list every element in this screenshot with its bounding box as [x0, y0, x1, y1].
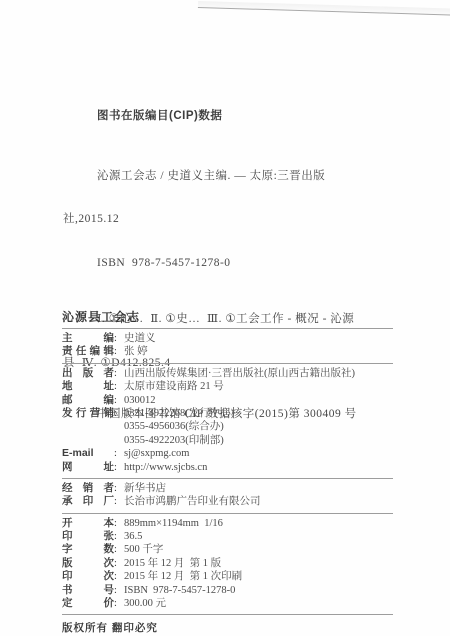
scanned-page: 图书在版编目(CIP)数据 沁源工会志 / 史道义主编. — 太原:三晋出版 社…: [0, 0, 450, 636]
colophon-row: 经销者:新华书店: [62, 482, 393, 495]
colophon-row: 字数:500 千字: [62, 543, 393, 556]
colophon-section: 开本:889mm×1194mm 1/16印张:36.5字数:500 千字版次:2…: [62, 514, 393, 616]
colophon-row: 责任编辑:张 婷: [62, 345, 393, 358]
row-separator: :: [114, 461, 124, 474]
row-separator: :: [114, 482, 124, 495]
row-separator: :: [114, 367, 124, 380]
row-value: 长治市鸿鹏广告印业有限公司: [124, 495, 261, 508]
row-value: 新华书店: [124, 482, 166, 495]
colophon-section: 经销者:新华书店承印厂:长治市鸿鹏广告印业有限公司: [62, 479, 393, 514]
book-title: 沁源县工会志: [62, 308, 393, 329]
colophon-row: 0355-4922203(印制部): [62, 434, 393, 447]
row-value: ISBN 978-7-5457-1278-0: [124, 584, 235, 597]
colophon-sections: 主编:史道义责任编辑:张 婷出版者:山西出版传媒集团·三晋出版社(原山西古籍出版…: [62, 329, 393, 615]
row-separator: :: [114, 407, 124, 420]
colophon-row: 印次:2015 年 12 月 第 1 次印刷: [62, 570, 393, 583]
row-separator: :: [114, 517, 124, 530]
colophon-row: 印张:36.5: [62, 530, 393, 543]
row-separator: :: [114, 447, 124, 460]
page-edge-artifact: [198, 1, 450, 16]
row-label: 字数: [62, 543, 114, 556]
row-label: 承印厂: [62, 495, 114, 508]
row-value: http://www.sjcbs.cn: [124, 461, 207, 474]
row-value: sj@sxpmg.com: [124, 447, 189, 460]
row-label: 地址: [62, 380, 114, 393]
row-value: 0355-4956036(综合办): [124, 420, 224, 433]
row-value: 2015 年 12 月 第 1 次印刷: [124, 570, 242, 583]
cip-isbn-line: ISBN 978-7-5457-1278-0: [63, 256, 393, 271]
row-label: E-mail: [62, 447, 114, 460]
colophon-row: 地址:太原市建设南路 21 号: [62, 380, 393, 393]
row-label: 版次: [62, 557, 114, 570]
cip-heading: 图书在版编目(CIP)数据: [63, 109, 393, 124]
row-label: 责任编辑: [62, 345, 114, 358]
colophon-row: 邮编:030012: [62, 394, 393, 407]
row-separator: :: [114, 530, 124, 543]
row-separator: :: [114, 332, 124, 345]
colophon-row: 0355-4956036(综合办): [62, 420, 393, 433]
row-label: 开本: [62, 517, 114, 530]
row-label: 网址: [62, 461, 114, 474]
row-separator: :: [114, 597, 124, 610]
colophon-row: E-mail:sj@sxpmg.com: [62, 447, 393, 460]
colophon-row: 版次:2015 年 12 月 第 1 版: [62, 557, 393, 570]
row-separator: :: [114, 380, 124, 393]
row-label: 主编: [62, 332, 114, 345]
colophon-row: 定价:300.00 元: [62, 597, 393, 610]
colophon-section: 主编:史道义责任编辑:张 婷: [62, 329, 393, 364]
cip-title-line: 沁源工会志 / 史道义主编. — 太原:三晋出版: [63, 169, 393, 184]
colophon-row: 承印厂:长治市鸿鹏广告印业有限公司: [62, 495, 393, 508]
row-label: 出版者: [62, 367, 114, 380]
row-label: 书号: [62, 584, 114, 597]
colophon-section: 出版者:山西出版传媒集团·三晋出版社(原山西古籍出版社)地址:太原市建设南路 2…: [62, 364, 393, 479]
cip-title-line-wrap: 社,2015.12: [63, 212, 393, 227]
row-value: 36.5: [124, 530, 142, 543]
colophon-row: 发行营销:0351-4922268(发行中心): [62, 407, 393, 420]
row-separator: :: [114, 394, 124, 407]
row-value: 史道义: [124, 332, 156, 345]
row-value: 山西出版传媒集团·三晋出版社(原山西古籍出版社): [124, 367, 355, 380]
row-label: 发行营销: [62, 407, 114, 420]
row-value: 300.00 元: [124, 597, 166, 610]
colophon-row: 开本:889mm×1194mm 1/16: [62, 517, 393, 530]
row-separator: :: [114, 584, 124, 597]
row-value: 2015 年 12 月 第 1 版: [124, 557, 221, 570]
colophon-row: 网址:http://www.sjcbs.cn: [62, 461, 393, 474]
row-value: 张 婷: [124, 345, 148, 358]
row-value: 0351-4922268(发行中心): [124, 407, 234, 420]
colophon-row: 书号:ISBN 978-7-5457-1278-0: [62, 584, 393, 597]
copyright-notice: 版权所有 翻印必究: [62, 620, 393, 635]
row-separator: :: [114, 495, 124, 508]
row-separator: :: [114, 345, 124, 358]
row-label: 经销者: [62, 482, 114, 495]
row-label: 定价: [62, 597, 114, 610]
colophon-block: 沁源县工会志 主编:史道义责任编辑:张 婷出版者:山西出版传媒集团·三晋出版社(…: [62, 308, 393, 635]
row-separator: :: [114, 557, 124, 570]
row-value: 030012: [124, 394, 156, 407]
row-value: 889mm×1194mm 1/16: [124, 517, 223, 530]
row-separator: :: [114, 570, 124, 583]
row-value: 0355-4922203(印制部): [124, 434, 224, 447]
row-label: 印次: [62, 570, 114, 583]
colophon-row: 主编:史道义: [62, 332, 393, 345]
row-label: 邮编: [62, 394, 114, 407]
row-value: 太原市建设南路 21 号: [124, 380, 224, 393]
row-label: 印张: [62, 530, 114, 543]
row-separator: :: [114, 543, 124, 556]
colophon-row: 出版者:山西出版传媒集团·三晋出版社(原山西古籍出版社): [62, 367, 393, 380]
row-value: 500 千字: [124, 543, 163, 556]
